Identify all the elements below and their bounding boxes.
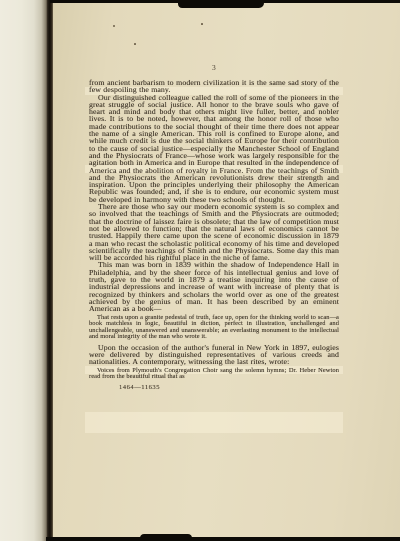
scan-edge-top-bump <box>178 0 264 8</box>
book-page: 3 from ancient barbarism to modern civil… <box>53 3 400 537</box>
paragraph-birth-1839: This man was born in 1839 within the sha… <box>89 261 339 312</box>
paragraph-pioneers: Our distinguished colleague called the r… <box>89 94 339 203</box>
facing-page-edge <box>0 0 47 541</box>
printer-code: 1464—11635 <box>89 384 339 391</box>
paper-speck <box>113 25 115 27</box>
text-block: from ancient barbarism to modern civiliz… <box>89 79 339 391</box>
scan-exposure-band <box>85 412 343 433</box>
paragraph-economic-system: There are those who say our modern econo… <box>89 203 339 261</box>
scanned-book-page: 3 from ancient barbarism to modern civil… <box>0 0 400 541</box>
quote-funeral-account: Voices from Plymouth's Congregation Choi… <box>89 368 339 381</box>
page-number: 3 <box>89 63 339 72</box>
paragraph-funeral-1897: Upon the occasion of the author's funera… <box>89 344 339 366</box>
quote-book-description: That rests upon a granite pedestal of tr… <box>89 315 339 341</box>
paper-speck <box>201 23 203 25</box>
scan-edge-bottom <box>46 537 400 541</box>
paragraph-continuation: from ancient barbarism to modern civiliz… <box>89 79 339 94</box>
paper-speck <box>134 43 136 45</box>
scan-edge-bottom-bump <box>140 534 192 541</box>
